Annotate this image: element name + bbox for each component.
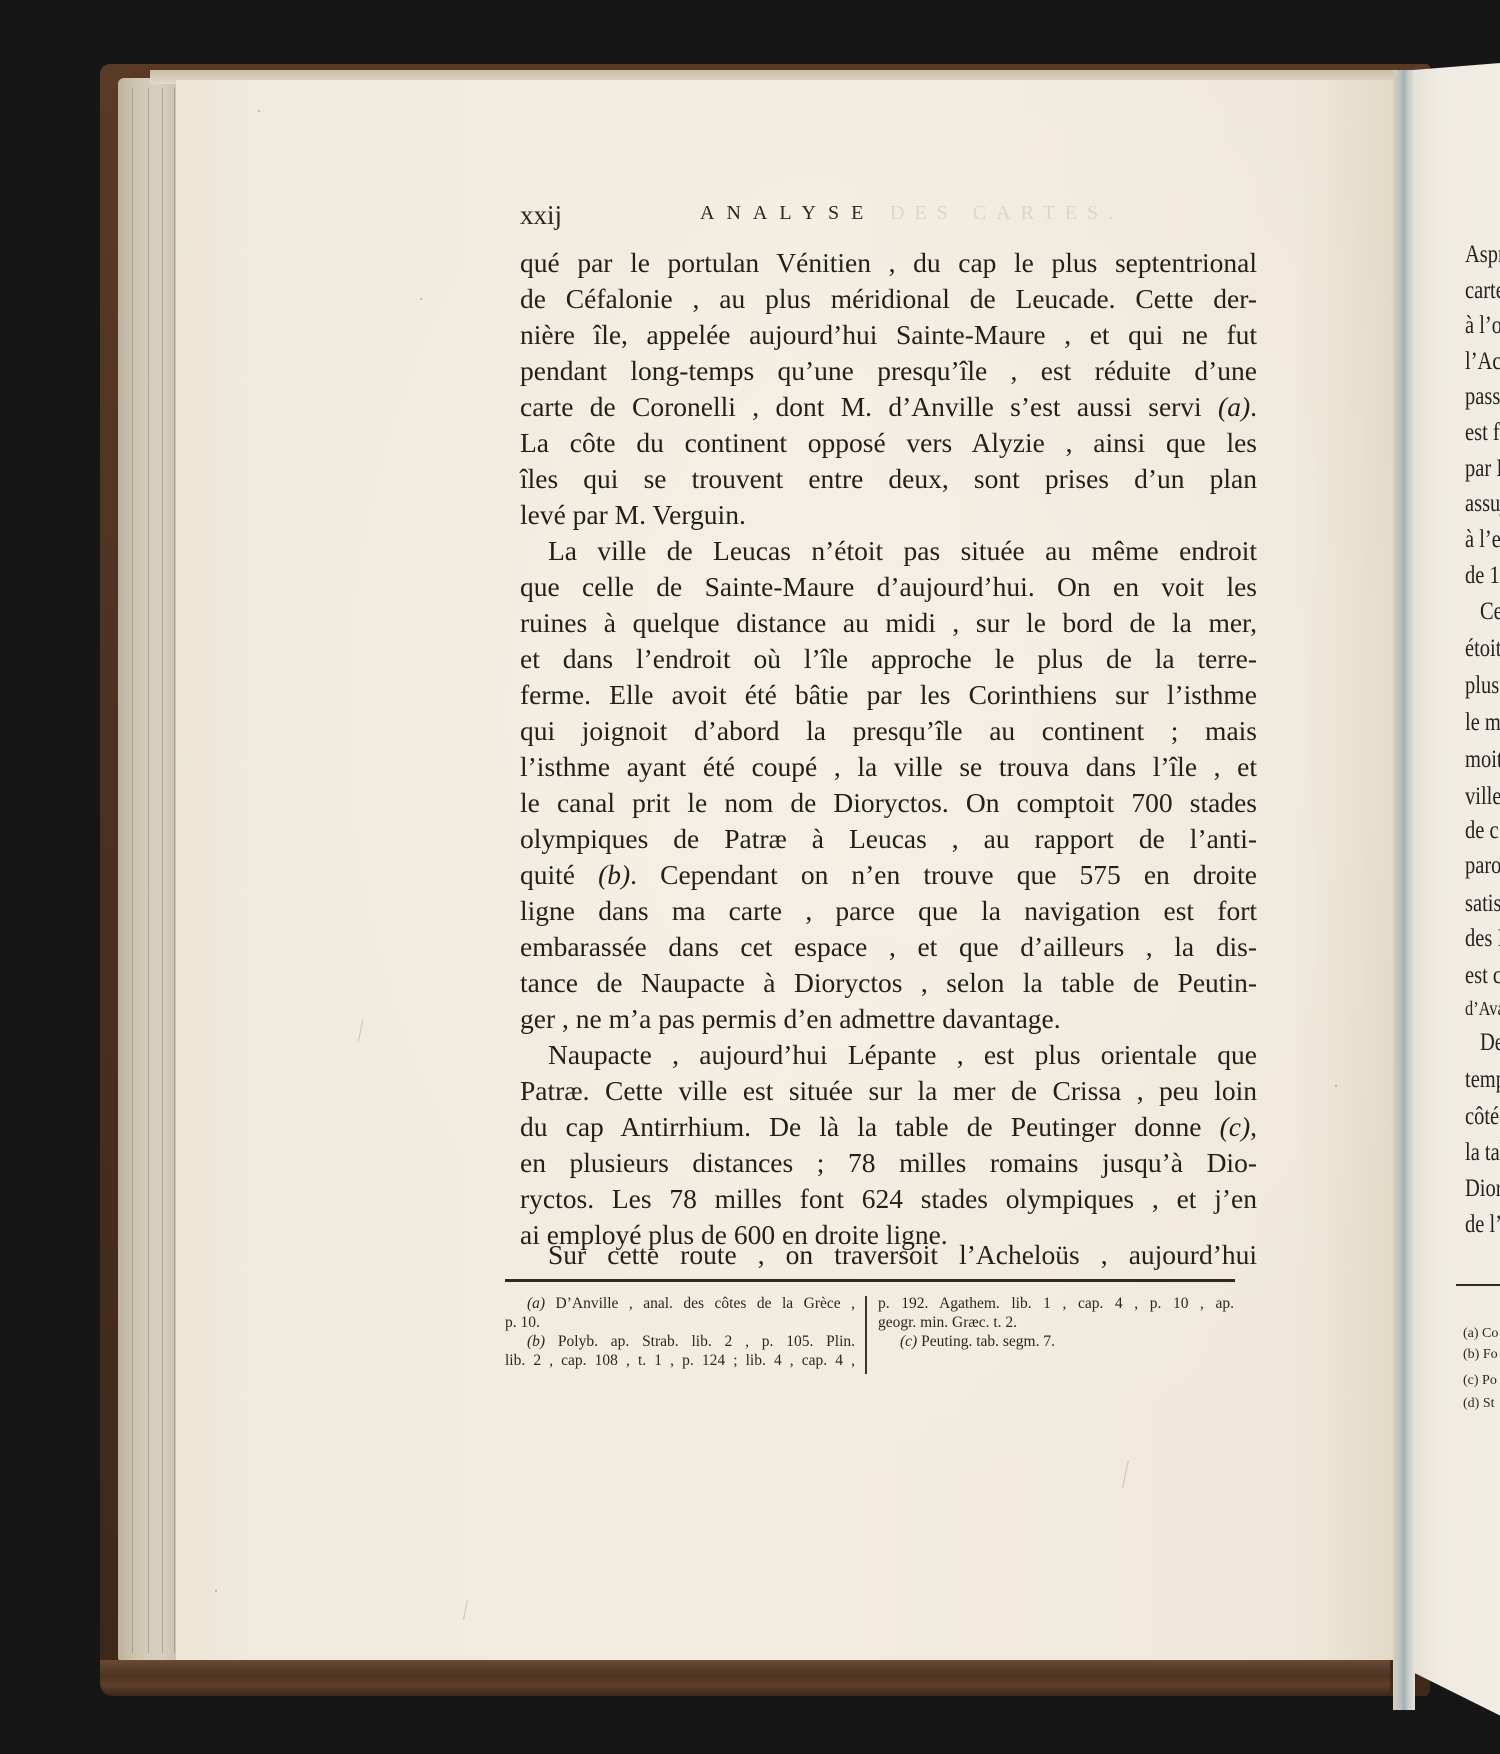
facing-line: à l’en <box>1465 525 1500 555</box>
footnote-line: p. 192. Agathem. lib. 1 , cap. 4 , p. 10… <box>878 1294 1234 1313</box>
text-line: qué par le portulan Vénitien , du cap le… <box>520 245 1257 281</box>
show-through-text: DES CARTES. <box>890 202 1123 225</box>
facing-line: temp <box>1465 1065 1500 1095</box>
running-head: xxij ANALYSE DES CARTES. <box>520 200 1255 230</box>
text-line: quité (b). Cependant on n’en trouve que … <box>520 857 1257 893</box>
facing-line: passa <box>1465 382 1500 412</box>
facing-footnote: (b) Fo <box>1463 1346 1498 1364</box>
text-line: pendant long-temps qu’une presqu’île , e… <box>520 353 1257 389</box>
text-line: du cap Antirrhium. De là la table de Peu… <box>520 1109 1257 1145</box>
text-line: ryctos. Les 78 milles font 624 stades ol… <box>520 1181 1257 1217</box>
text-line: La côte du continent opposé vers Alyzie … <box>520 425 1257 461</box>
page-edge-line <box>132 88 133 1653</box>
facing-footnote: (a) Co <box>1463 1325 1498 1343</box>
facing-line: carte <box>1465 276 1500 306</box>
paper-speck <box>258 110 260 112</box>
text-line: ligne dans ma carte , parce que la navig… <box>520 893 1257 929</box>
text-line: olympiques de Patræ à Leucas , au rappor… <box>520 821 1257 857</box>
footnote-line: p. 10. <box>505 1313 855 1332</box>
page-block-fore-edge <box>118 78 184 1663</box>
facing-line: est c <box>1465 961 1500 991</box>
text-line: Naupacte , aujourd’hui Lépante , est plu… <box>520 1037 1257 1073</box>
facing-line: Aspr <box>1465 240 1500 270</box>
text-line: îles qui se trouvent entre deux, sont pr… <box>520 461 1257 497</box>
text-line: l’isthme ayant été coupé , la ville se t… <box>520 749 1257 785</box>
facing-line: satisf <box>1465 889 1500 919</box>
text-line: qui joignoit d’abord la presqu’île au co… <box>520 713 1257 749</box>
facing-line: l’Aca <box>1465 347 1500 377</box>
page-edge-line <box>174 88 175 1653</box>
facing-line: est f <box>1465 418 1500 448</box>
paper-speck <box>215 1590 217 1592</box>
text-line: ferme. Elle avoit été bâtie par les Cori… <box>520 677 1257 713</box>
facing-line: le m <box>1465 708 1500 738</box>
text-line: Patræ. Cette ville est située sur la mer… <box>520 1073 1257 1109</box>
facing-footnote: (c) Po <box>1463 1372 1497 1390</box>
facing-footnote-rule <box>1456 1284 1500 1286</box>
text-line: que celle de Sainte-Maure d’aujourd’hui.… <box>520 569 1257 605</box>
text-line: et dans l’endroit où l’île approche le p… <box>520 641 1257 677</box>
footnote-line: lib. 2 , cap. 108 , t. 1 , p. 124 ; lib.… <box>505 1351 855 1370</box>
facing-line: à l’oc <box>1465 311 1500 341</box>
facing-line: plus <box>1465 671 1499 701</box>
paper-speck <box>1335 1085 1337 1087</box>
page-number: xxij <box>520 200 562 231</box>
text-line: le canal prit le nom de Dioryctos. On co… <box>520 785 1257 821</box>
text-line: La ville de Leucas n’étoit pas située au… <box>520 533 1257 569</box>
facing-line: Ce <box>1480 597 1500 627</box>
footnote-ref-c[interactable]: (c) <box>1220 1111 1251 1142</box>
page-edge-line <box>148 88 149 1653</box>
footnote-ref-a[interactable]: (a) <box>1218 391 1250 422</box>
facing-line: ville <box>1465 782 1500 812</box>
facing-line: de c <box>1465 816 1499 846</box>
text-line: nière île, appelée aujourd’hui Sainte-Ma… <box>520 317 1257 353</box>
running-head-title: ANALYSE <box>700 202 875 225</box>
facing-line: étoit <box>1465 634 1500 664</box>
facing-line: moit <box>1465 745 1500 775</box>
footnote-b: (b) Polyb. ap. Strab. lib. 2 , p. 105. P… <box>505 1332 855 1351</box>
facing-line: paroi <box>1465 851 1500 881</box>
text-line: ruines à quelque distance au midi , sur … <box>520 605 1257 641</box>
text-line: en plusieurs distances ; 78 milles romai… <box>520 1145 1257 1181</box>
footnote-ref-b[interactable]: (b) <box>598 859 630 890</box>
footnote-rule <box>505 1279 1235 1282</box>
facing-line: de 1 <box>1465 561 1500 591</box>
facing-line: De <box>1480 1028 1500 1058</box>
text-line: Sur cette route , on traversoit l’Achelo… <box>520 1238 1257 1272</box>
text-line: embarassée dans cet espace , et que d’ai… <box>520 929 1257 965</box>
text-line: ger , ne m’a pas permis d’en admettre da… <box>520 1001 1257 1037</box>
book-gutter <box>1393 70 1415 1710</box>
text-line: carte de Coronelli , dont M. d’Anville s… <box>520 389 1257 425</box>
facing-line: côté c <box>1465 1102 1500 1132</box>
facing-line: par I <box>1465 454 1500 484</box>
facing-line: des I <box>1465 924 1500 954</box>
facing-line: Diory <box>1465 1174 1500 1204</box>
footnote-c: (c) Peuting. tab. segm. 7. <box>878 1332 1234 1351</box>
facing-line: d’Avax <box>1465 994 1500 1024</box>
facing-line: la tab <box>1465 1138 1500 1168</box>
facing-line: assuj <box>1465 489 1500 519</box>
footnote-column-divider <box>865 1296 867 1374</box>
page-edge-line <box>162 88 163 1653</box>
text-line: levé par M. Verguin. <box>520 497 1257 533</box>
facing-footnote: (d) St <box>1463 1395 1495 1413</box>
footnote-line: geogr. min. Græc. t. 2. <box>878 1313 1234 1332</box>
book-cover-bottom-edge <box>100 1660 1390 1696</box>
paper-speck <box>420 298 422 300</box>
footnote-a: (a) D’Anville , anal. des côtes de la Gr… <box>505 1294 855 1313</box>
text-line: tance de Naupacte à Dioryctos , selon la… <box>520 965 1257 1001</box>
facing-line: de l’au <box>1465 1210 1500 1240</box>
text-line: de Céfalonie , au plus méridional de Leu… <box>520 281 1257 317</box>
